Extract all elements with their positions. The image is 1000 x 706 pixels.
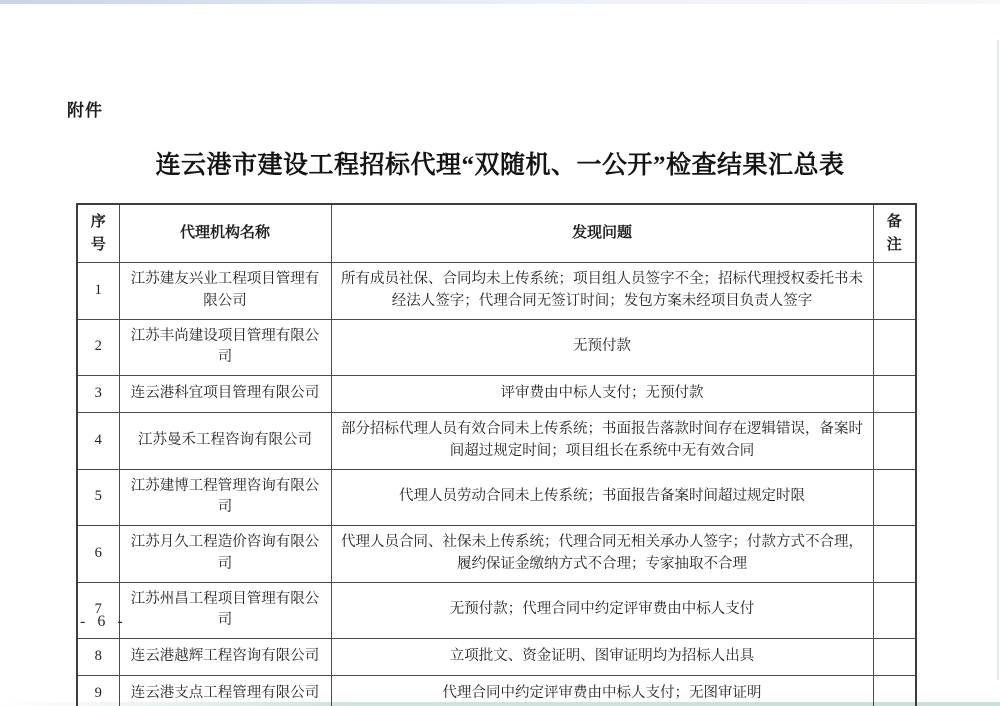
row-number: 5 [77,469,119,526]
remark-cell [873,582,916,639]
table-row: 4江苏曼禾工程咨询有限公司部分招标代理人员有效合同未上传系统；书面报告落款时间存… [77,413,916,470]
issues-found-cell: 评审费由中标人支付；无预付款 [331,376,873,413]
agency-name-cell: 连云港科宜项目管理有限公司 [119,376,331,413]
column-header: 发现问题 [331,204,873,263]
agency-name-cell: 江苏曼禾工程咨询有限公司 [119,413,331,470]
remark-cell [873,263,916,320]
column-header: 备注 [873,204,916,263]
issues-found-cell: 代理合同中约定评审费由中标人支付；无图审证明 [331,676,873,706]
page-number: - 6 - [80,613,127,631]
issues-found-cell: 代理人员合同、社保未上传系统；代理合同无相关承办人签字；付款方式不合理，履约保证… [331,526,873,583]
table-row: 6江苏月久工程造价咨询有限公司代理人员合同、社保未上传系统；代理合同无相关承办人… [77,526,916,583]
row-number: 1 [77,263,119,320]
agency-name-cell: 江苏月久工程造价咨询有限公司 [119,526,331,583]
column-header: 代理机构名称 [119,204,331,263]
scan-edge-top [0,0,1000,4]
issues-found-cell: 立项批文、资金证明、图审证明均为招标人出具 [331,639,873,676]
scan-edge-right [997,40,999,680]
row-number: 6 [77,526,119,583]
table-row: 8连云港越辉工程咨询有限公司立项批文、资金证明、图审证明均为招标人出具 [77,639,916,676]
agency-name-cell: 江苏丰尚建设项目管理有限公司 [119,319,331,376]
results-table-body: 1江苏建友兴业工程项目管理有限公司所有成员社保、合同均未上传系统；项目组人员签字… [77,263,916,706]
table-row: 9连云港支点工程管理有限公司代理合同中约定评审费由中标人支付；无图审证明 [77,676,916,706]
results-table: 序号代理机构名称发现问题备注 1江苏建友兴业工程项目管理有限公司所有成员社保、合… [76,203,917,706]
scanned-document-page: 附件 连云港市建设工程招标代理“双随机、一公开”检查结果汇总表 序号代理机构名称… [0,0,1000,706]
remark-cell [873,639,916,676]
issues-found-cell: 所有成员社保、合同均未上传系统；项目组人员签字不全；招标代理授权委托书未经法人签… [331,263,873,320]
table-row: 5江苏建博工程管理咨询有限公司代理人员劳动合同未上传系统；书面报告备案时间超过规… [77,469,916,526]
row-number: 9 [77,676,119,706]
remark-cell [873,526,916,583]
row-number: 2 [77,319,119,376]
attachment-label: 附件 [67,96,103,121]
agency-name-cell: 连云港越辉工程咨询有限公司 [119,639,331,676]
remark-cell [873,469,916,526]
table-row: 1江苏建友兴业工程项目管理有限公司所有成员社保、合同均未上传系统；项目组人员签字… [77,263,916,320]
issues-found-cell: 无预付款；代理合同中约定评审费由中标人支付 [331,582,873,639]
table-header-row: 序号代理机构名称发现问题备注 [77,204,916,263]
table-row: 7江苏州昌工程项目管理有限公司无预付款；代理合同中约定评审费由中标人支付 [77,582,916,639]
remark-cell [873,413,916,470]
row-number: 3 [77,376,119,413]
remark-cell [873,376,916,413]
row-number: 4 [77,413,119,470]
agency-name-cell: 江苏州昌工程项目管理有限公司 [119,582,331,639]
column-header: 序号 [77,204,119,263]
results-table-container: 序号代理机构名称发现问题备注 1江苏建友兴业工程项目管理有限公司所有成员社保、合… [76,203,915,706]
table-row: 2江苏丰尚建设项目管理有限公司无预付款 [77,319,916,376]
row-number: 8 [77,639,119,676]
remark-cell [873,676,916,706]
issues-found-cell: 部分招标代理人员有效合同未上传系统；书面报告落款时间存在逻辑错误，备案时间超过规… [331,413,873,470]
issues-found-cell: 无预付款 [331,319,873,376]
remark-cell [873,319,916,376]
issues-found-cell: 代理人员劳动合同未上传系统；书面报告备案时间超过规定时限 [331,469,873,526]
agency-name-cell: 江苏建博工程管理咨询有限公司 [119,469,331,526]
agency-name-cell: 连云港支点工程管理有限公司 [119,676,331,706]
page-title: 连云港市建设工程招标代理“双随机、一公开”检查结果汇总表 [0,145,1000,181]
agency-name-cell: 江苏建友兴业工程项目管理有限公司 [119,263,331,320]
table-row: 3连云港科宜项目管理有限公司评审费由中标人支付；无预付款 [77,376,916,413]
